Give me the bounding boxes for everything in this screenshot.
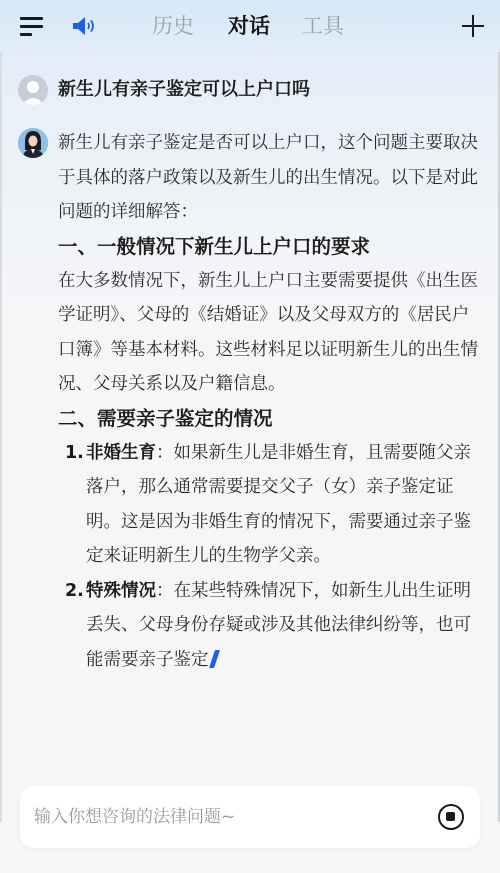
assistant-answer: 新生儿有亲子鉴定是否可以上户口，这个问题主要取决于具体的落户政策以及新生儿的出生… [58, 126, 480, 677]
list-term: 非婚生育 [86, 443, 156, 463]
question-input[interactable] [34, 786, 414, 848]
composer [20, 786, 480, 848]
menu-icon[interactable] [20, 17, 43, 36]
frame-border-left [0, 52, 2, 822]
list-number: 2. [65, 574, 84, 609]
tab-chat[interactable]: 对话 [228, 10, 288, 42]
user-question: 新生儿有亲子鉴定可以上户口吗 [58, 75, 310, 105]
user-avatar-icon [18, 75, 48, 105]
answer-section-1-body: 在大多数情况下，新生儿上户口主要需要提供《出生医学证明》、父母的《结婚证》以及父… [58, 264, 480, 402]
list-term: 特殊情况 [86, 581, 156, 601]
answer-section-1-title: 一、一般情况下新生儿上户口的要求 [58, 230, 480, 264]
list-item: 2.特殊情况：在某些特殊情况下，如新生儿出生证明丢失、父母身份存疑或涉及其他法律… [58, 574, 480, 678]
tab-tools[interactable]: 工具 [302, 10, 362, 42]
answer-section-2-title: 二、需要亲子鉴定的情况 [58, 402, 480, 436]
top-bar: 历史 对话 工具 [0, 0, 500, 52]
streaming-cursor-icon [209, 650, 220, 668]
list-item: 1.非婚生育：如果新生儿是非婚生育，且需要随父亲落户，那么通常需要提交父子（女）… [58, 436, 480, 574]
assistant-avatar-row [18, 126, 48, 158]
new-chat-plus-icon[interactable] [462, 15, 484, 37]
assistant-avatar-icon [18, 128, 48, 158]
user-message: 新生儿有亲子鉴定可以上户口吗 [18, 75, 310, 105]
answer-list: 1.非婚生育：如果新生儿是非婚生育，且需要随父亲落户，那么通常需要提交父子（女）… [58, 436, 480, 678]
stop-generation-icon[interactable] [438, 804, 464, 830]
answer-intro: 新生儿有亲子鉴定是否可以上户口，这个问题主要取决于具体的落户政策以及新生儿的出生… [58, 126, 480, 230]
speaker-icon[interactable] [71, 15, 97, 37]
list-number: 1. [65, 436, 84, 471]
tab-history[interactable]: 历史 [152, 10, 212, 42]
